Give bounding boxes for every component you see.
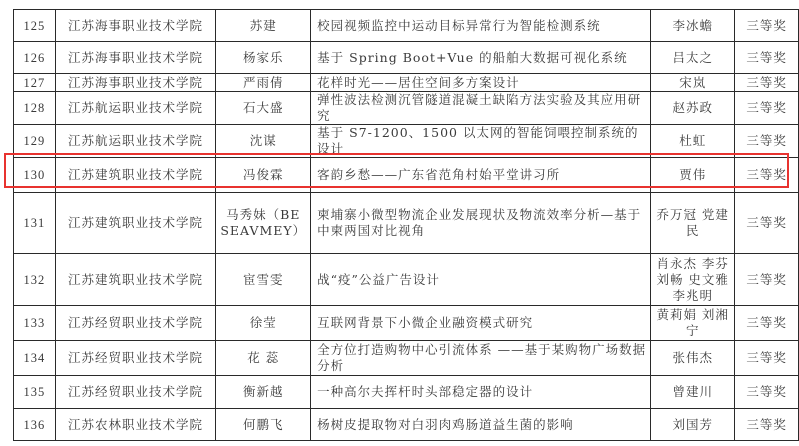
table-row: 127江苏海事职业技术学院严雨倩花样时光——居住空间多方案设计宋岚三等奖 [14, 74, 799, 92]
tutor-names: 肖永杰 李芬 刘畅 史文雅 李兆明 [651, 254, 735, 306]
school-name: 江苏经贸职业技术学院 [55, 306, 216, 341]
award-level: 三等奖 [735, 10, 799, 42]
table-row: 126江苏海事职业技术学院杨家乐基于 Spring Boot+Vue 的船舶大数… [14, 42, 799, 74]
row-number: 129 [14, 125, 56, 158]
student-name: 沈谋 [216, 125, 311, 158]
table-row: 133江苏经贸职业技术学院徐莹互联网背景下小微企业融资模式研究黄莉娟 刘湘宁三等… [14, 306, 799, 341]
award-level: 三等奖 [735, 92, 799, 125]
student-name: 石大盛 [216, 92, 311, 125]
tutor-names: 赵苏政 [651, 92, 735, 125]
student-name: 徐莹 [216, 306, 311, 341]
award-level: 三等奖 [735, 42, 799, 74]
row-number: 126 [14, 42, 56, 74]
award-level: 三等奖 [735, 74, 799, 92]
student-name: 苏建 [216, 10, 311, 42]
tutor-names: 杜虹 [651, 125, 735, 158]
project-title: 柬埔寨小微型物流企业发展现状及物流效率分析—基于中柬两国对比视角 [311, 193, 651, 254]
tutor-names: 刘国芳 [651, 409, 735, 441]
row-number: 136 [14, 409, 56, 441]
tutor-names: 宋岚 [651, 74, 735, 92]
tutor-names: 吕太之 [651, 42, 735, 74]
school-name: 江苏海事职业技术学院 [55, 42, 216, 74]
project-title: 杨树皮提取物对白羽肉鸡肠道益生菌的影响 [311, 409, 651, 441]
school-name: 江苏航运职业技术学院 [55, 125, 216, 158]
row-number: 134 [14, 341, 56, 376]
school-name: 江苏建筑职业技术学院 [55, 158, 216, 193]
award-level: 三等奖 [735, 306, 799, 341]
project-title: 基于 S7-1200、1500 以太网的智能饲喂控制系统的设计 [311, 125, 651, 158]
row-number: 133 [14, 306, 56, 341]
table-row: 129江苏航运职业技术学院沈谋基于 S7-1200、1500 以太网的智能饲喂控… [14, 125, 799, 158]
student-name: 马秀妹（BE SEAVMEY） [216, 193, 311, 254]
student-name: 衡新越 [216, 376, 311, 409]
table-row: 132江苏建筑职业技术学院宦雪雯战“疫”公益广告设计肖永杰 李芬 刘畅 史文雅 … [14, 254, 799, 306]
student-name: 杨家乐 [216, 42, 311, 74]
project-title: 校园视频监控中运动目标异常行为智能检测系统 [311, 10, 651, 42]
school-name: 江苏经贸职业技术学院 [55, 376, 216, 409]
school-name: 江苏航运职业技术学院 [55, 92, 216, 125]
project-title: 互联网背景下小微企业融资模式研究 [311, 306, 651, 341]
student-name: 宦雪雯 [216, 254, 311, 306]
tutor-names: 张伟杰 [651, 341, 735, 376]
award-level: 三等奖 [735, 254, 799, 306]
student-name: 花 蕊 [216, 341, 311, 376]
table-row: 131江苏建筑职业技术学院马秀妹（BE SEAVMEY）柬埔寨小微型物流企业发展… [14, 193, 799, 254]
row-number: 132 [14, 254, 56, 306]
row-number: 131 [14, 193, 56, 254]
tutor-names: 李冰蟾 [651, 10, 735, 42]
school-name: 江苏建筑职业技术学院 [55, 193, 216, 254]
school-name: 江苏经贸职业技术学院 [55, 341, 216, 376]
row-number: 125 [14, 10, 56, 42]
award-level: 三等奖 [735, 125, 799, 158]
tutor-names: 贾伟 [651, 158, 735, 193]
tutor-names: 黄莉娟 刘湘宁 [651, 306, 735, 341]
project-title: 战“疫”公益广告设计 [311, 254, 651, 306]
project-title: 基于 Spring Boot+Vue 的船舶大数据可视化系统 [311, 42, 651, 74]
row-number: 130 [14, 158, 56, 193]
row-number: 127 [14, 74, 56, 92]
table-row: 128江苏航运职业技术学院石大盛弹性波法检测沉管隧道混凝土缺陷方法实验及其应用研… [14, 92, 799, 125]
table-row: 130江苏建筑职业技术学院冯俊霖客韵乡愁——广东省范角村始平堂讲习所贾伟三等奖 [14, 158, 799, 193]
project-title: 客韵乡愁——广东省范角村始平堂讲习所 [311, 158, 651, 193]
project-title: 花样时光——居住空间多方案设计 [311, 74, 651, 92]
school-name: 江苏海事职业技术学院 [55, 10, 216, 42]
tutor-names: 乔万冠 党建民 [651, 193, 735, 254]
school-name: 江苏海事职业技术学院 [55, 74, 216, 92]
project-title: 全方位打造购物中心引流体系 ——基于某购物广场数据分析 [311, 341, 651, 376]
row-number: 135 [14, 376, 56, 409]
row-number: 128 [14, 92, 56, 125]
tutor-names: 曾建川 [651, 376, 735, 409]
table-row: 135江苏经贸职业技术学院衡新越一种高尔夫挥杆时头部稳定器的设计曾建川三等奖 [14, 376, 799, 409]
school-name: 江苏建筑职业技术学院 [55, 254, 216, 306]
award-level: 三等奖 [735, 158, 799, 193]
award-level: 三等奖 [735, 376, 799, 409]
student-name: 严雨倩 [216, 74, 311, 92]
school-name: 江苏农林职业技术学院 [55, 409, 216, 441]
table-row: 134江苏经贸职业技术学院花 蕊全方位打造购物中心引流体系 ——基于某购物广场数… [14, 341, 799, 376]
award-level: 三等奖 [735, 193, 799, 254]
project-title: 一种高尔夫挥杆时头部稳定器的设计 [311, 376, 651, 409]
table-row: 136江苏农林职业技术学院何鹏飞杨树皮提取物对白羽肉鸡肠道益生菌的影响刘国芳三等… [14, 409, 799, 441]
project-title: 弹性波法检测沉管隧道混凝土缺陷方法实验及其应用研究 [311, 92, 651, 125]
award-table: 125江苏海事职业技术学院苏建校园视频监控中运动目标异常行为智能检测系统李冰蟾三… [13, 9, 799, 441]
award-level: 三等奖 [735, 341, 799, 376]
award-level: 三等奖 [735, 409, 799, 441]
table-row: 125江苏海事职业技术学院苏建校园视频监控中运动目标异常行为智能检测系统李冰蟾三… [14, 10, 799, 42]
student-name: 冯俊霖 [216, 158, 311, 193]
student-name: 何鹏飞 [216, 409, 311, 441]
